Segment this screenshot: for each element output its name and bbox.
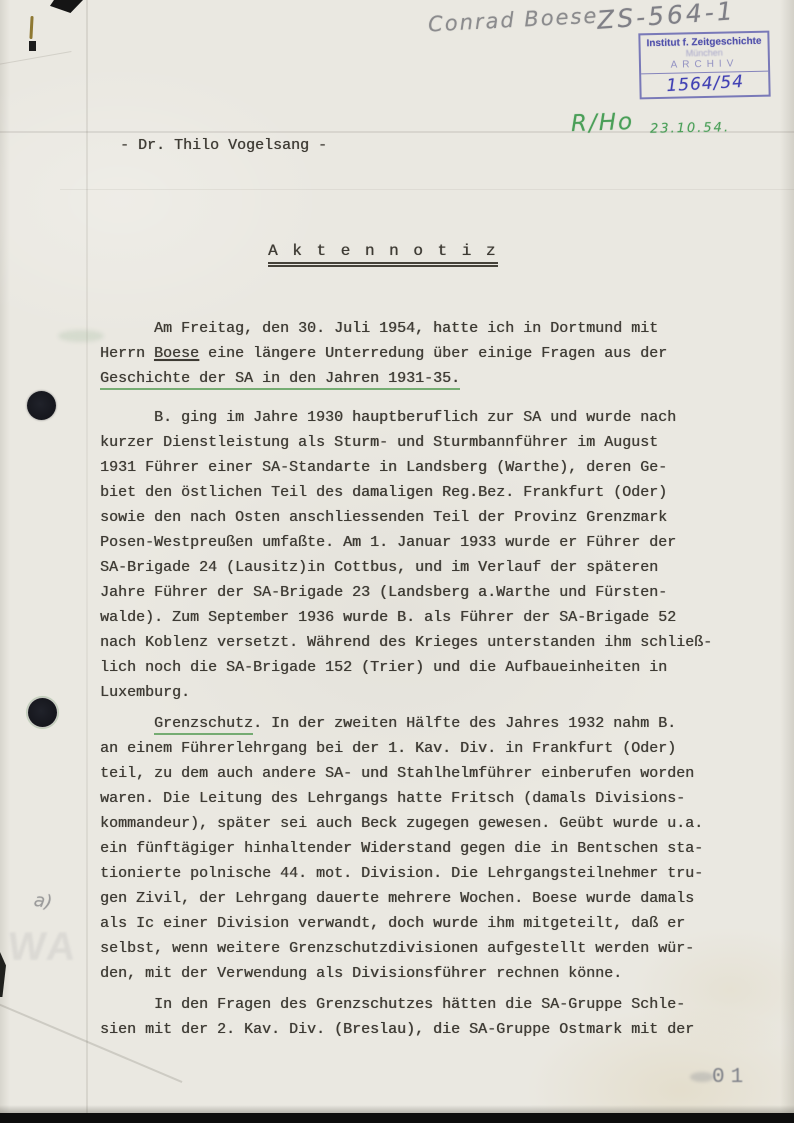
typed-line: Grenzschutz. In der zweiten Hälfte des J… [100, 711, 740, 736]
ink-smudge [58, 330, 104, 342]
handwritten-archive-signature: ZS-564-1 [596, 0, 736, 35]
typed-line: tionierte polnische 44. mot. Division. D… [100, 861, 740, 886]
typed-line: Luxemburg. [100, 680, 740, 705]
page-bottom-shadow [0, 1105, 794, 1113]
paragraph-1: Am Freitag, den 30. Juli 1954, hatte ich… [100, 316, 740, 391]
typed-line: lich noch die SA-Brigade 152 (Trier) und… [100, 655, 740, 680]
typed-line: Jahre Führer der SA-Brigade 23 (Landsber… [100, 580, 740, 605]
typed-line: B. ging im Jahre 1930 hauptberuflich zur… [100, 405, 740, 430]
archive-stamp: Institut f. Zeitgeschichte München ARCHI… [638, 31, 770, 100]
faded-corner-number: 01 [712, 1066, 749, 1089]
faint-impression: WA [6, 925, 81, 970]
ink-smudge [690, 1072, 714, 1082]
stamp-city-line: München [686, 48, 723, 59]
handwritten-registry-green: R/Ho [571, 109, 635, 137]
typed-line: waren. Die Leitung des Lehrgangs hatte F… [100, 786, 740, 811]
typed-line: biet den östlichen Teil des damaligen Re… [100, 480, 740, 505]
punch-hole-top [27, 391, 56, 420]
staple-mark [29, 16, 33, 39]
stamp-archiv-line: ARCHIV [670, 58, 738, 70]
paragraph-4: In den Fragen des Grenzschutzes hätten d… [100, 992, 740, 1042]
typed-line: kommandeur), später sei auch Beck zugege… [100, 811, 740, 836]
handwritten-name-pencil: Conrad Boese [427, 4, 598, 37]
typed-line: Posen-Westpreußen umfaßte. Am 1. Januar … [100, 530, 740, 555]
typed-line: walde). Zum September 1936 wurde B. als … [100, 605, 740, 630]
paper-crease-vertical [86, 0, 88, 1113]
typed-line: gen Zivil, der Lehrgang dauerte mehrere … [100, 886, 740, 911]
typed-line: an einem Führerlehrgang bei der 1. Kav. … [100, 736, 740, 761]
typed-line: den, mit der Verwendung als Divisionsfüh… [100, 961, 740, 986]
scan-edge-tear [0, 952, 6, 997]
typed-line: 1931 Führer einer SA-Standarte in Landsb… [100, 455, 740, 480]
punch-hole-bottom [28, 698, 57, 727]
typed-line: SA-Brigade 24 (Lausitz)in Cottbus, und i… [100, 555, 740, 580]
typed-line: Am Freitag, den 30. Juli 1954, hatte ich… [100, 316, 740, 341]
typed-line: In den Fragen des Grenzschutzes hätten d… [100, 992, 740, 1017]
typed-line: Herrn Boese eine längere Unterredung übe… [100, 341, 740, 366]
typed-line: selbst, wenn weitere Grenzschutzdivision… [100, 936, 740, 961]
typed-line: kurzer Dienstleistung als Sturm- und Stu… [100, 430, 740, 455]
author-line: - Dr. Thilo Vogelsang - [120, 137, 327, 154]
stamp-archive-number: 1564/54 [666, 72, 745, 96]
typed-line: als Ic einer Division verwandt, doch wur… [100, 911, 740, 936]
typed-line: teil, zu dem auch andere SA- und Stahlhe… [100, 761, 740, 786]
paper-crease-horizontal [60, 189, 794, 190]
staple-mark-dot [29, 41, 36, 51]
typed-line: nach Koblenz versetzt. Während des Krieg… [100, 630, 740, 655]
scanner-black-edge [0, 1113, 794, 1123]
paper-crease-diagonal [0, 51, 71, 66]
typed-line: Geschichte der SA in den Jahren 1931-35. [100, 366, 740, 391]
handwritten-margin-mark: a) [32, 890, 53, 914]
typed-line: ein fünftägiger hinhaltender Widerstand … [100, 836, 740, 861]
typed-line: sien mit der 2. Kav. Div. (Breslau), die… [100, 1017, 740, 1042]
paragraph-3: Grenzschutz. In der zweiten Hälfte des J… [100, 711, 740, 986]
scan-corner-notch [50, 0, 83, 13]
scanned-document-page: WA Conrad Boese ZS-564-1 R/Ho 23.10.54. … [0, 0, 794, 1123]
document-title: A k t e n n o t i z [268, 242, 498, 267]
typed-line: sowie den nach Osten anschliessenden Tei… [100, 505, 740, 530]
handwritten-date-green: 23.10.54. [650, 120, 730, 136]
paragraph-2: B. ging im Jahre 1930 hauptberuflich zur… [100, 405, 740, 705]
